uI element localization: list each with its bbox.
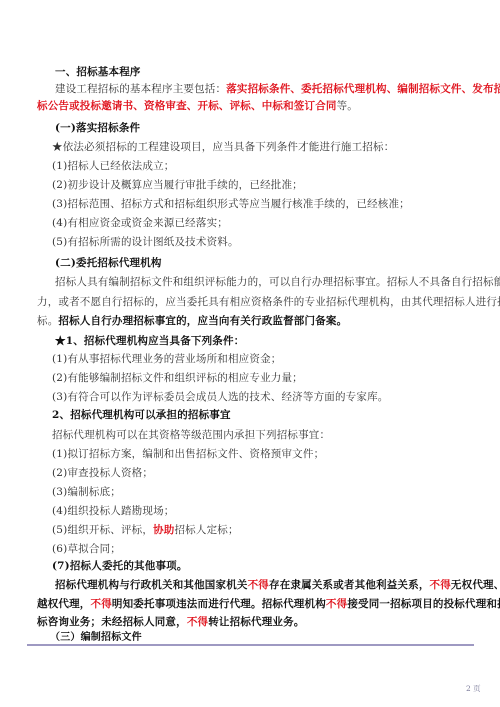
- section-title: 一、招标基本程序: [55, 65, 141, 79]
- agency-rules-line-1: 招标代理机构与行政机关和其他国家机关不得存在隶属关系或者其他利益关系，不得无权代…: [55, 578, 500, 592]
- rule-text: 存在隶属关系或者其他利益关系，: [269, 579, 430, 591]
- agency-paragraph-line-3: 标。招标人自行办理招标事宜的，应当向有关行政监督部门备案。: [37, 314, 347, 328]
- agency-paragraph-line-1: 招标人具有编制招标文件和组织评标能力的，可以自行办理招标事宜。招标人不具备自行招…: [55, 275, 500, 289]
- intro-prefix: 建设工程招标的基本程序主要包括：: [55, 83, 226, 95]
- rule-prohibit: 不得: [248, 579, 269, 591]
- intro-highlight-2: 标公告或投标邀请书、资格审查、开标、评标、中标和签订合同: [37, 100, 337, 112]
- agency-scope-item: (1)拟订招标方案，编制和出售招标文件、资格预审文件；: [52, 447, 324, 461]
- rule-prohibit: 不得: [91, 598, 112, 610]
- agency-scope-item: (2)审查投标人资格；: [52, 466, 153, 480]
- intro-paragraph-line-2: 标公告或投标邀请书、资格审查、开标、评标、中标和签订合同等。: [37, 99, 358, 113]
- rule-prohibit: 不得: [326, 598, 347, 610]
- intro-suffix: 等。: [337, 100, 358, 112]
- rule-prohibit: 不得: [187, 616, 208, 628]
- intro-paragraph-line-1: 建设工程招标的基本程序主要包括：落实招标条件、委托招标代理机构、编制招标文件、发…: [55, 82, 500, 96]
- footer-rule: [27, 644, 474, 646]
- rule-prohibit: 不得: [430, 579, 451, 591]
- subsection-1-lead: ★依法必须招标的工程建设项目，应当具备下列条件才能进行施工招标：: [52, 140, 394, 154]
- rule-text: 转让招标代理业务。: [208, 616, 304, 628]
- document-page: 一、招标基本程序 建设工程招标的基本程序主要包括：落实招标条件、委托招标代理机构…: [0, 0, 500, 707]
- subsection-title-1: (一)落实招标条件: [55, 121, 140, 135]
- agency-conditions-title: ★1、招标代理机构应当具备下列条件：: [55, 334, 244, 348]
- agency-condition-item: (1)有从事招标代理业务的营业场所和相应资金；: [52, 352, 281, 366]
- agency-paragraph-line-2: 力，或者不愿自行招标的，应当委托具有相应资格条件的专业招标代理机构，由其代理招标…: [37, 295, 500, 309]
- scope-item-5-highlight: 协助: [153, 524, 174, 536]
- agency-scope-item: (4)组织投标人踏勘现场；: [52, 504, 174, 518]
- agency-paragraph-bold: 招标人自行办理招标事宜的，应当向有关行政监督部门备案。: [58, 315, 347, 327]
- agency-rules-line-3: 标咨询业务；未经招标人同意，不得转让招标代理业务。: [37, 615, 305, 629]
- rule-text: 无权代理、: [451, 579, 500, 591]
- agency-rules-line-2: 越权代理，不得明知委托事项违法而进行代理。招标代理机构不得接受同一招标项目的投标…: [37, 597, 500, 611]
- rule-text: 越权代理，: [37, 598, 91, 610]
- condition-item: (2)初步设计及概算应当履行审批手续的，已经批准；: [52, 178, 303, 192]
- rule-text: 招标代理机构与行政机关和其他国家机关: [55, 579, 248, 591]
- scope-item-5-prefix: (5)组织开标、评标，: [52, 524, 153, 536]
- rule-text: 明知委托事项违法而进行代理。招标代理机构: [112, 598, 326, 610]
- agency-scope-title: 2、招标代理机构可以承担的招标事宜: [52, 408, 231, 422]
- rule-text: 接受同一招标项目的投标代理和投: [347, 598, 500, 610]
- scope-item-5-suffix: 招标人定标；: [174, 524, 238, 536]
- subsection-title-3: （三）编制招标文件: [50, 631, 142, 645]
- agency-scope-item-7: (7)招标人委托的其他事项。: [52, 559, 188, 573]
- agency-condition-item: (2)有能够编制招标文件和组织评标的相应专业力量；: [52, 371, 303, 385]
- page-number: 2 页: [466, 683, 481, 694]
- subsection-title-2: (二)委托招标代理机构: [55, 256, 162, 270]
- agency-scope-item-5: (5)组织开标、评标，协助招标人定标；: [52, 523, 239, 537]
- agency-scope-lead: 招标代理机构可以在其资格等级范围内承担下列招标事宜：: [52, 428, 330, 442]
- agency-condition-item: (3)有符合可以作为评标委员会成员人选的技术、经济等方面的专家库。: [52, 390, 388, 404]
- rule-text: 标咨询业务；未经招标人同意，: [37, 616, 187, 628]
- agency-scope-item: (6)草拟合同；: [52, 542, 121, 556]
- condition-item: (4)有相应资金或资金来源已经落实；: [52, 216, 228, 230]
- agency-paragraph-prefix: 标。: [37, 315, 58, 327]
- condition-item: (1)招标人已经依法成立；: [52, 159, 174, 173]
- condition-item: (3)招标范围、招标方式和招标组织形式等应当履行核准手续的，已经核准；: [52, 197, 410, 211]
- intro-highlight-1: 落实招标条件、委托招标代理机构、编制招标文件、发布招: [226, 83, 500, 95]
- agency-scope-item: (3)编制标底；: [52, 485, 121, 499]
- condition-item: (5)有招标所需的设计图纸及技术资料。: [52, 235, 239, 249]
